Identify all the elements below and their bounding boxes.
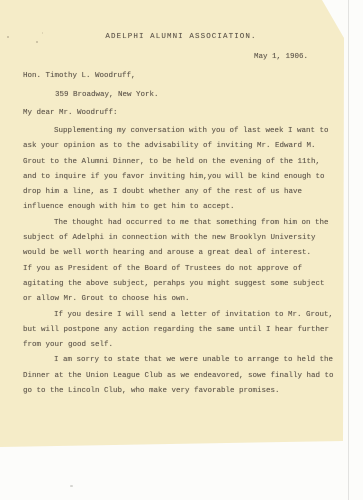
paper-speck <box>36 41 38 43</box>
scan-edge-line <box>348 0 349 500</box>
letter-line: go to the Lincoln Club, who make very fa… <box>23 384 338 399</box>
letter-line: influence enough with him to get him to … <box>23 200 338 215</box>
letter-line: If you desire I will send a letter of in… <box>23 308 338 323</box>
letter-line: subject of Adelphi in connection with th… <box>23 231 338 246</box>
letter-line: would be well worth hearing and arouse a… <box>23 246 338 261</box>
letter-line: or allow Mr. Grout to choose his own. <box>23 292 338 307</box>
letter-line: The thought had occurred to me that some… <box>23 216 338 231</box>
letter-line: If you as President of the Board of Trus… <box>23 262 338 277</box>
recipient-name: Hon. Timothy L. Woodruff, <box>23 72 136 80</box>
letter-paper: ADELPHI ALUMNI ASSOCIATION. May 1, 1906.… <box>0 0 344 447</box>
scanned-letter-page: ADELPHI ALUMNI ASSOCIATION. May 1, 1906.… <box>0 0 363 500</box>
letter-line: I am sorry to state that we were unable … <box>23 353 338 368</box>
letter-line: but will postpone any action regarding t… <box>23 323 338 338</box>
letter-line: Dinner at the Union League Club as we en… <box>23 369 338 384</box>
letter-line: drop him a line, as I doubt whether any … <box>23 185 338 200</box>
letter-line: and to inquire if you favor inviting him… <box>23 170 338 185</box>
letter-line: Supplementing my conversation with you o… <box>23 124 338 139</box>
letter-header: ADELPHI ALUMNI ASSOCIATION. <box>0 33 344 41</box>
letter-date: May 1, 1906. <box>254 53 308 61</box>
salutation-line: My dear Mr. Woodruff: <box>23 109 118 117</box>
scan-speck <box>70 485 73 487</box>
recipient-address: 359 Broadway, New York. <box>55 91 159 99</box>
letter-line: Grout to the Alumni Dinner, to be held o… <box>23 155 338 170</box>
letter-line: ask your opinion as to the advisability … <box>23 139 338 154</box>
letter-line: from your good self. <box>23 338 338 353</box>
letter-line: agitating the above subject, perahps you… <box>23 277 338 292</box>
letter-body: Supplementing my conversation with you o… <box>23 124 338 399</box>
